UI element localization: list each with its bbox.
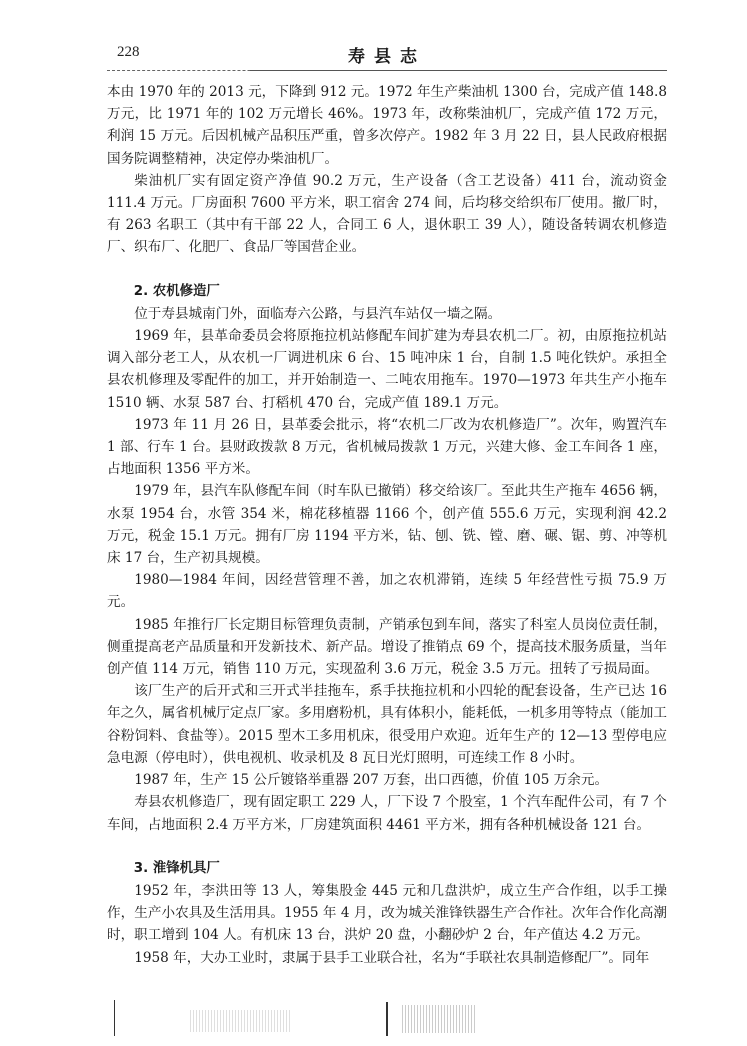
section-heading: 2. 农机修造厂 <box>107 281 667 303</box>
paragraph: 1952 年，李洪田等 13 人，筹集股金 445 元和几盘洪炉，成立生产合作组… <box>107 880 667 947</box>
running-title: 寿县志 <box>107 42 667 67</box>
scan-noise-left <box>190 1010 290 1032</box>
paragraph: 1980—1984 年间，因经营管理不善，加之农机滞销，连续 5 年经营性亏损 … <box>107 569 667 613</box>
paragraph: 1958 年，大办工业时，隶属于县手工业联合社，名为“手联社农具制造修配厂”。同… <box>107 947 667 969</box>
paragraph: 1987 年，生产 15 公斤镀铬举重器 207 万套，出口西德，价值 105 … <box>107 769 667 791</box>
paragraph: 1969 年，县革命委员会将原拖拉机站修配车间扩建为寿县农机二厂。初，由原拖拉机… <box>107 325 667 414</box>
header-rule-solid <box>250 70 667 71</box>
scan-edge-mark-center <box>386 1002 388 1036</box>
page-header: 228 寿县志 <box>107 40 667 70</box>
paragraph: 本由 1970 年的 2013 元，下降到 912 元。1972 年生产柴油机 … <box>107 81 667 170</box>
paragraph: 柴油机厂实有固定资产净值 90.2 万元，生产设备（含工艺设备）411 台，流动… <box>107 170 667 259</box>
section-heading: 3. 淮锋机具厂 <box>107 858 667 880</box>
paragraph: 位于寿县城南门外，面临寿六公路，与县汽车站仅一墙之隔。 <box>107 303 667 325</box>
body-text: 本由 1970 年的 2013 元，下降到 912 元。1972 年生产柴油机 … <box>107 81 667 969</box>
document-page: 228 寿县志 本由 1970 年的 2013 元，下降到 912 元。1972… <box>0 0 747 1046</box>
paragraph: 1979 年，县汽车队修配车间（时车队已撤销）移交给该厂。至此共生产拖车 465… <box>107 480 667 569</box>
section-gap <box>107 259 667 281</box>
paragraph: 寿县农机修造厂，现有固定职工 229 人，厂下设 7 个股室，1 个汽车配件公司… <box>107 791 667 835</box>
section-gap <box>107 836 667 858</box>
paragraph: 该厂生产的后开式和三开式半挂拖车，系手扶拖拉机和小四轮的配套设备，生产已达 16… <box>107 680 667 769</box>
paragraph: 1985 年推行厂长定期目标管理负责制，产销承包到车间，落实了科室人员岗位责任制… <box>107 614 667 681</box>
scan-noise-right <box>402 1005 477 1033</box>
paragraph: 1973 年 11 月 26 日，县革委会批示，将“农机二厂改为农机修造厂”。次… <box>107 414 667 481</box>
scan-edge-mark-left <box>114 1000 115 1036</box>
